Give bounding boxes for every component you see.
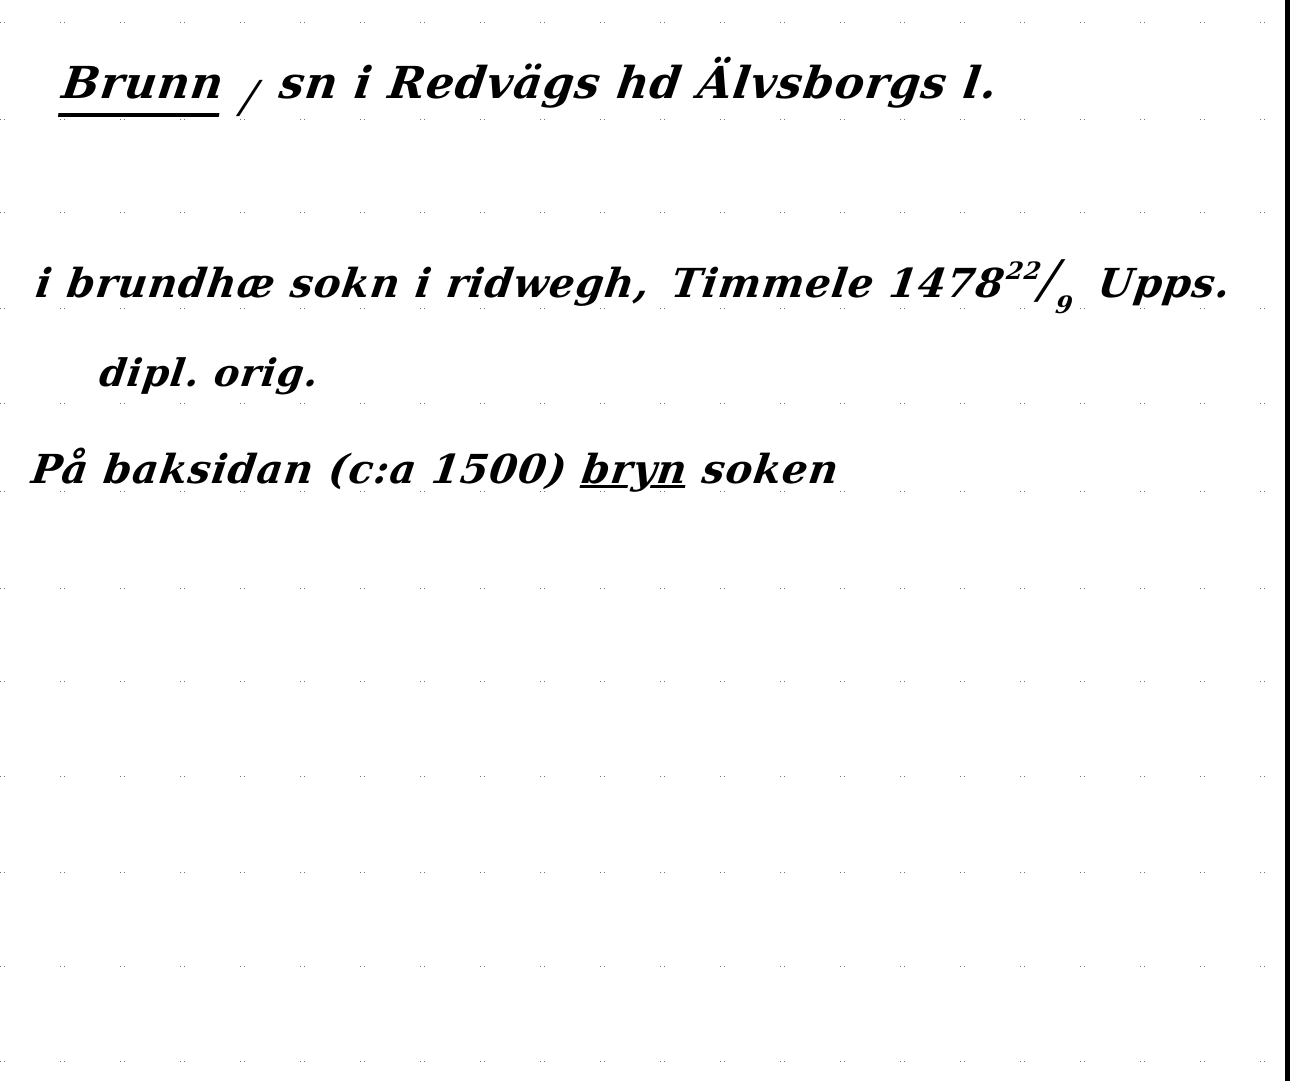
ruled-line [0, 681, 1282, 682]
ruled-line [0, 119, 1282, 120]
separator-stroke: / [238, 72, 261, 123]
entry-reverse-note: På baksidan [29, 446, 318, 493]
entry-day: 22 [1005, 256, 1044, 285]
heading-line: Brunn/sn i Redvägs hd Älvsborgs l. [58, 58, 1001, 117]
entry-archive-continuation: dipl. orig. [97, 350, 322, 395]
ruled-line [0, 212, 1282, 213]
entry-source-place: Timmele [669, 260, 878, 307]
entry-archive: Upps. [1095, 260, 1234, 307]
entry-line-1: i brundhæ sokn i ridwegh,Timmele 147822/… [31, 250, 1235, 319]
archive-card: Brunn/sn i Redvägs hd Älvsborgs l. i bru… [0, 0, 1296, 1081]
entry-line-2: dipl. orig. [97, 350, 322, 395]
entry-month: 9 [1054, 290, 1076, 319]
ruled-line [0, 22, 1282, 23]
entry-year: 1478 [886, 260, 1008, 307]
entry-early-form: i brundhæ sokn i ridwegh, [33, 260, 653, 307]
ruled-line [0, 966, 1282, 967]
ruled-line [0, 872, 1282, 873]
ruled-line [0, 1061, 1282, 1062]
entry-reverse-form: bryn [579, 446, 691, 493]
entry-reverse-suffix: soken [699, 446, 842, 493]
entry-line-3: På baksidan (c:a 1500) bryn soken [29, 446, 843, 493]
ruled-line [0, 403, 1282, 404]
ruled-line [0, 776, 1282, 777]
ruled-line [0, 588, 1282, 589]
heading-location: sn i Redvägs hd Älvsborgs l. [276, 58, 1001, 109]
headword: Brunn [58, 58, 228, 117]
card-edge-border [1285, 0, 1290, 1081]
entry-reverse-date: (c:a 1500) [326, 446, 571, 493]
